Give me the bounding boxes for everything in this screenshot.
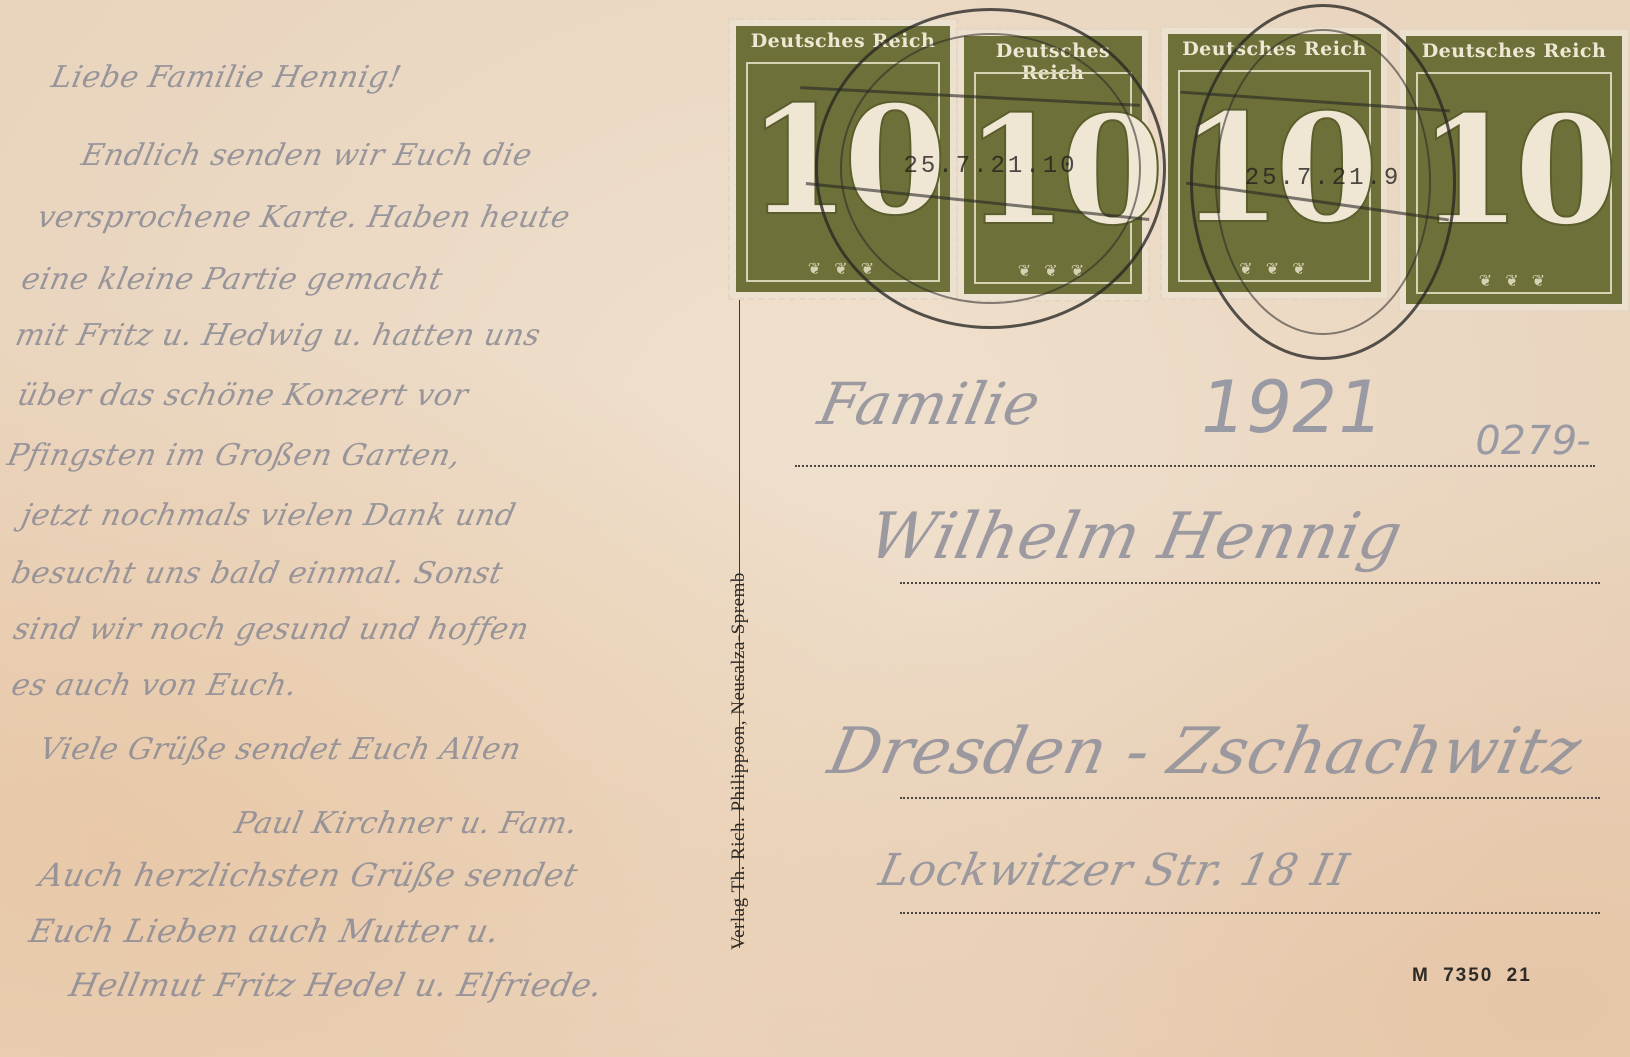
laurel-ornament-icon: ❦ ❦ ❦ [1406,271,1622,290]
address-dotted-line [900,912,1600,914]
publisher-imprint: Verlag Th. Rich. Philippson, Neusalza-Sp… [728,572,750,950]
address-dotted-line [900,582,1600,584]
message-line: eine kleine Partie gemacht [18,262,446,297]
message-line: versprochene Karte. Haben heute [34,200,573,235]
postmark: 25.7.21.9 [1190,4,1456,360]
postmark-date: 25.7.21.10 [818,153,1163,180]
message-line: mit Fritz u. Hedwig u. hatten uns [12,318,544,353]
pencil-year-annotation: 1921 [1193,365,1391,449]
address-dotted-line [795,465,1595,467]
message-line: Endlich senden wir Euch die [78,138,535,173]
message-line: Viele Grüße sendet Euch Allen [36,732,524,767]
message-line: sind wir noch gesund und hoffen [10,612,532,647]
address-line-2: Wilhelm Hennig [862,500,1408,574]
stamp-country: Deutsches Reich [1406,40,1622,62]
message-line: besucht uns bald einmal. Sonst [8,556,506,591]
address-line-4: Lockwitzer Str. 18 II [875,845,1354,896]
message-line: Liebe Familie Hennig! [48,60,404,95]
address-line-3: Dresden - Zschachwitz [822,715,1588,789]
postmark: 25.7.21.10 [815,8,1166,329]
message-line: Auch herzlichsten Grüße sendet [36,856,581,894]
message-line: Pfingsten im Großen Garten, [4,438,464,473]
message-line: Euch Lieben auch Mutter u. [26,912,503,950]
postcard: Liebe Familie Hennig! Endlich senden wir… [0,0,1630,1057]
pencil-ref-annotation: 0279- [1471,418,1595,464]
address-line-1: Familie [813,370,1047,438]
message-line: Paul Kirchner u. Fam. [231,806,581,841]
message-line: Hellmut Fritz Hedel u. Elfriede. [66,966,606,1004]
message-line: es auch von Euch. [8,668,300,703]
address-dotted-line [900,797,1600,799]
print-code: M 7350 21 [1412,965,1532,987]
message-line: über das schöne Konzert vor [14,378,471,413]
message-line: jetzt nochmals vielen Dank und [18,498,519,533]
